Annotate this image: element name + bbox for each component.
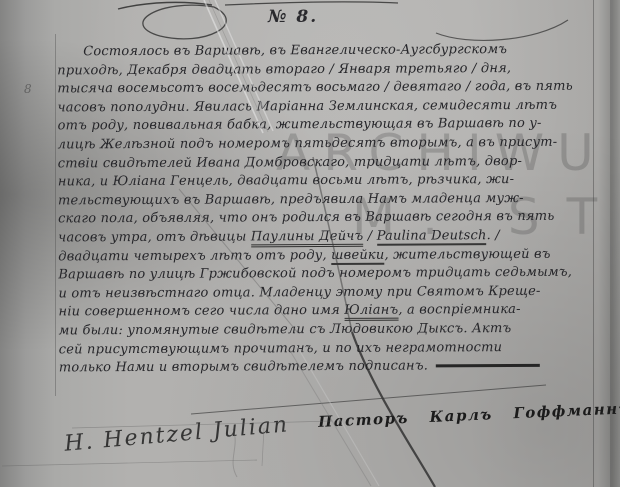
text-line: ніи совершенномъ сего числа дано имя Юлі… xyxy=(58,301,596,322)
margin-number: 8 xyxy=(24,82,32,96)
text-line: скаго пола, объявляя, что онъ родился въ… xyxy=(58,208,596,229)
line-text: ствіи свидѣтелей Ивана Домбровскаго, три… xyxy=(58,154,522,171)
text-line: лицѣ Желѣзной подъ номеромъ пятьдесятъ в… xyxy=(58,134,596,155)
line-text: , жительствующей въ xyxy=(384,246,550,262)
line-text: только Нами и вторымъ свидѣтелемъ подпис… xyxy=(59,359,428,376)
line-text: приходѣ, Декабря двадцать втораго / Янва… xyxy=(57,61,511,78)
text-line: тысяча восемьсотъ восемьдесятъ восьмаго … xyxy=(57,78,595,99)
line-text: тысяча восемьсотъ восемьдесятъ восьмаго … xyxy=(57,79,573,97)
occupation-underlined: швейки xyxy=(331,247,384,264)
line-text: ніи совершенномъ сего числа дано имя xyxy=(58,303,344,319)
line-text: скаго пола, объявляя, что онъ родился въ… xyxy=(58,209,555,227)
record-body-text: Состоялось въ Варшавѣ, въ Евангелическо-… xyxy=(57,41,597,378)
line-text: отъ роду, повивальная бабка, жительствую… xyxy=(58,116,542,134)
document-scan: ARCHIWU M. ST. № 8. 8 Состоялось въ Варш… xyxy=(0,0,620,487)
line-text: сей присутствующимъ прочитанъ, и по ихъ … xyxy=(59,340,503,357)
line-text: ми были: упомянутые свидѣтели съ Людовик… xyxy=(59,321,512,338)
line-text: Варшавѣ по улицѣ Гржибовской подъ номеро… xyxy=(58,265,572,283)
child-name-underlined: Юліанъ xyxy=(344,303,398,321)
text-line: только Нами и вторымъ свидѣтелемъ подпис… xyxy=(59,357,597,378)
line-text: лицѣ Желѣзной подъ номеромъ пятьдесятъ в… xyxy=(58,135,558,153)
record-number: № 8. xyxy=(268,7,318,27)
mother-name-latin-underlined: Paulina Deutsch xyxy=(377,228,487,246)
pencil-annotation-signature: H. Hentzel Julian xyxy=(63,412,290,457)
line-text: , а воспріемника- xyxy=(398,302,520,318)
line-text: тельствующихъ въ Варшавѣ, предъявила Нам… xyxy=(58,191,524,208)
line-text: Состоялось въ Варшавѣ, въ Евангелическо-… xyxy=(83,42,507,59)
line-text: и отъ неизвѣстнаго отца. Младенцу этому … xyxy=(58,284,540,302)
line-text: часовъ пополудни. Явилась Маріанна Земли… xyxy=(57,98,557,116)
line-text: часовъ утра, отъ дѣвицы xyxy=(58,229,251,245)
closing-rule xyxy=(436,364,540,368)
text-line: ствіи свидѣтелей Ивана Домбровскаго, три… xyxy=(58,152,596,173)
line-text: . / xyxy=(487,228,500,243)
line-text: ника, и Юліана Генцель, двадцати восьми … xyxy=(58,172,514,189)
line-text: двадцати четырехъ лѣтъ отъ роду, xyxy=(58,248,331,264)
pastor-signature: Пасторъ Карлъ Гоффманнъ xyxy=(318,399,620,431)
line-text: / xyxy=(363,229,376,244)
mother-name-cyrillic-underlined: Паулины Дейчъ xyxy=(251,229,364,248)
text-line: Варшавѣ по улицѣ Гржибовской подъ номеро… xyxy=(58,264,596,285)
left-margin-rule xyxy=(55,34,56,396)
